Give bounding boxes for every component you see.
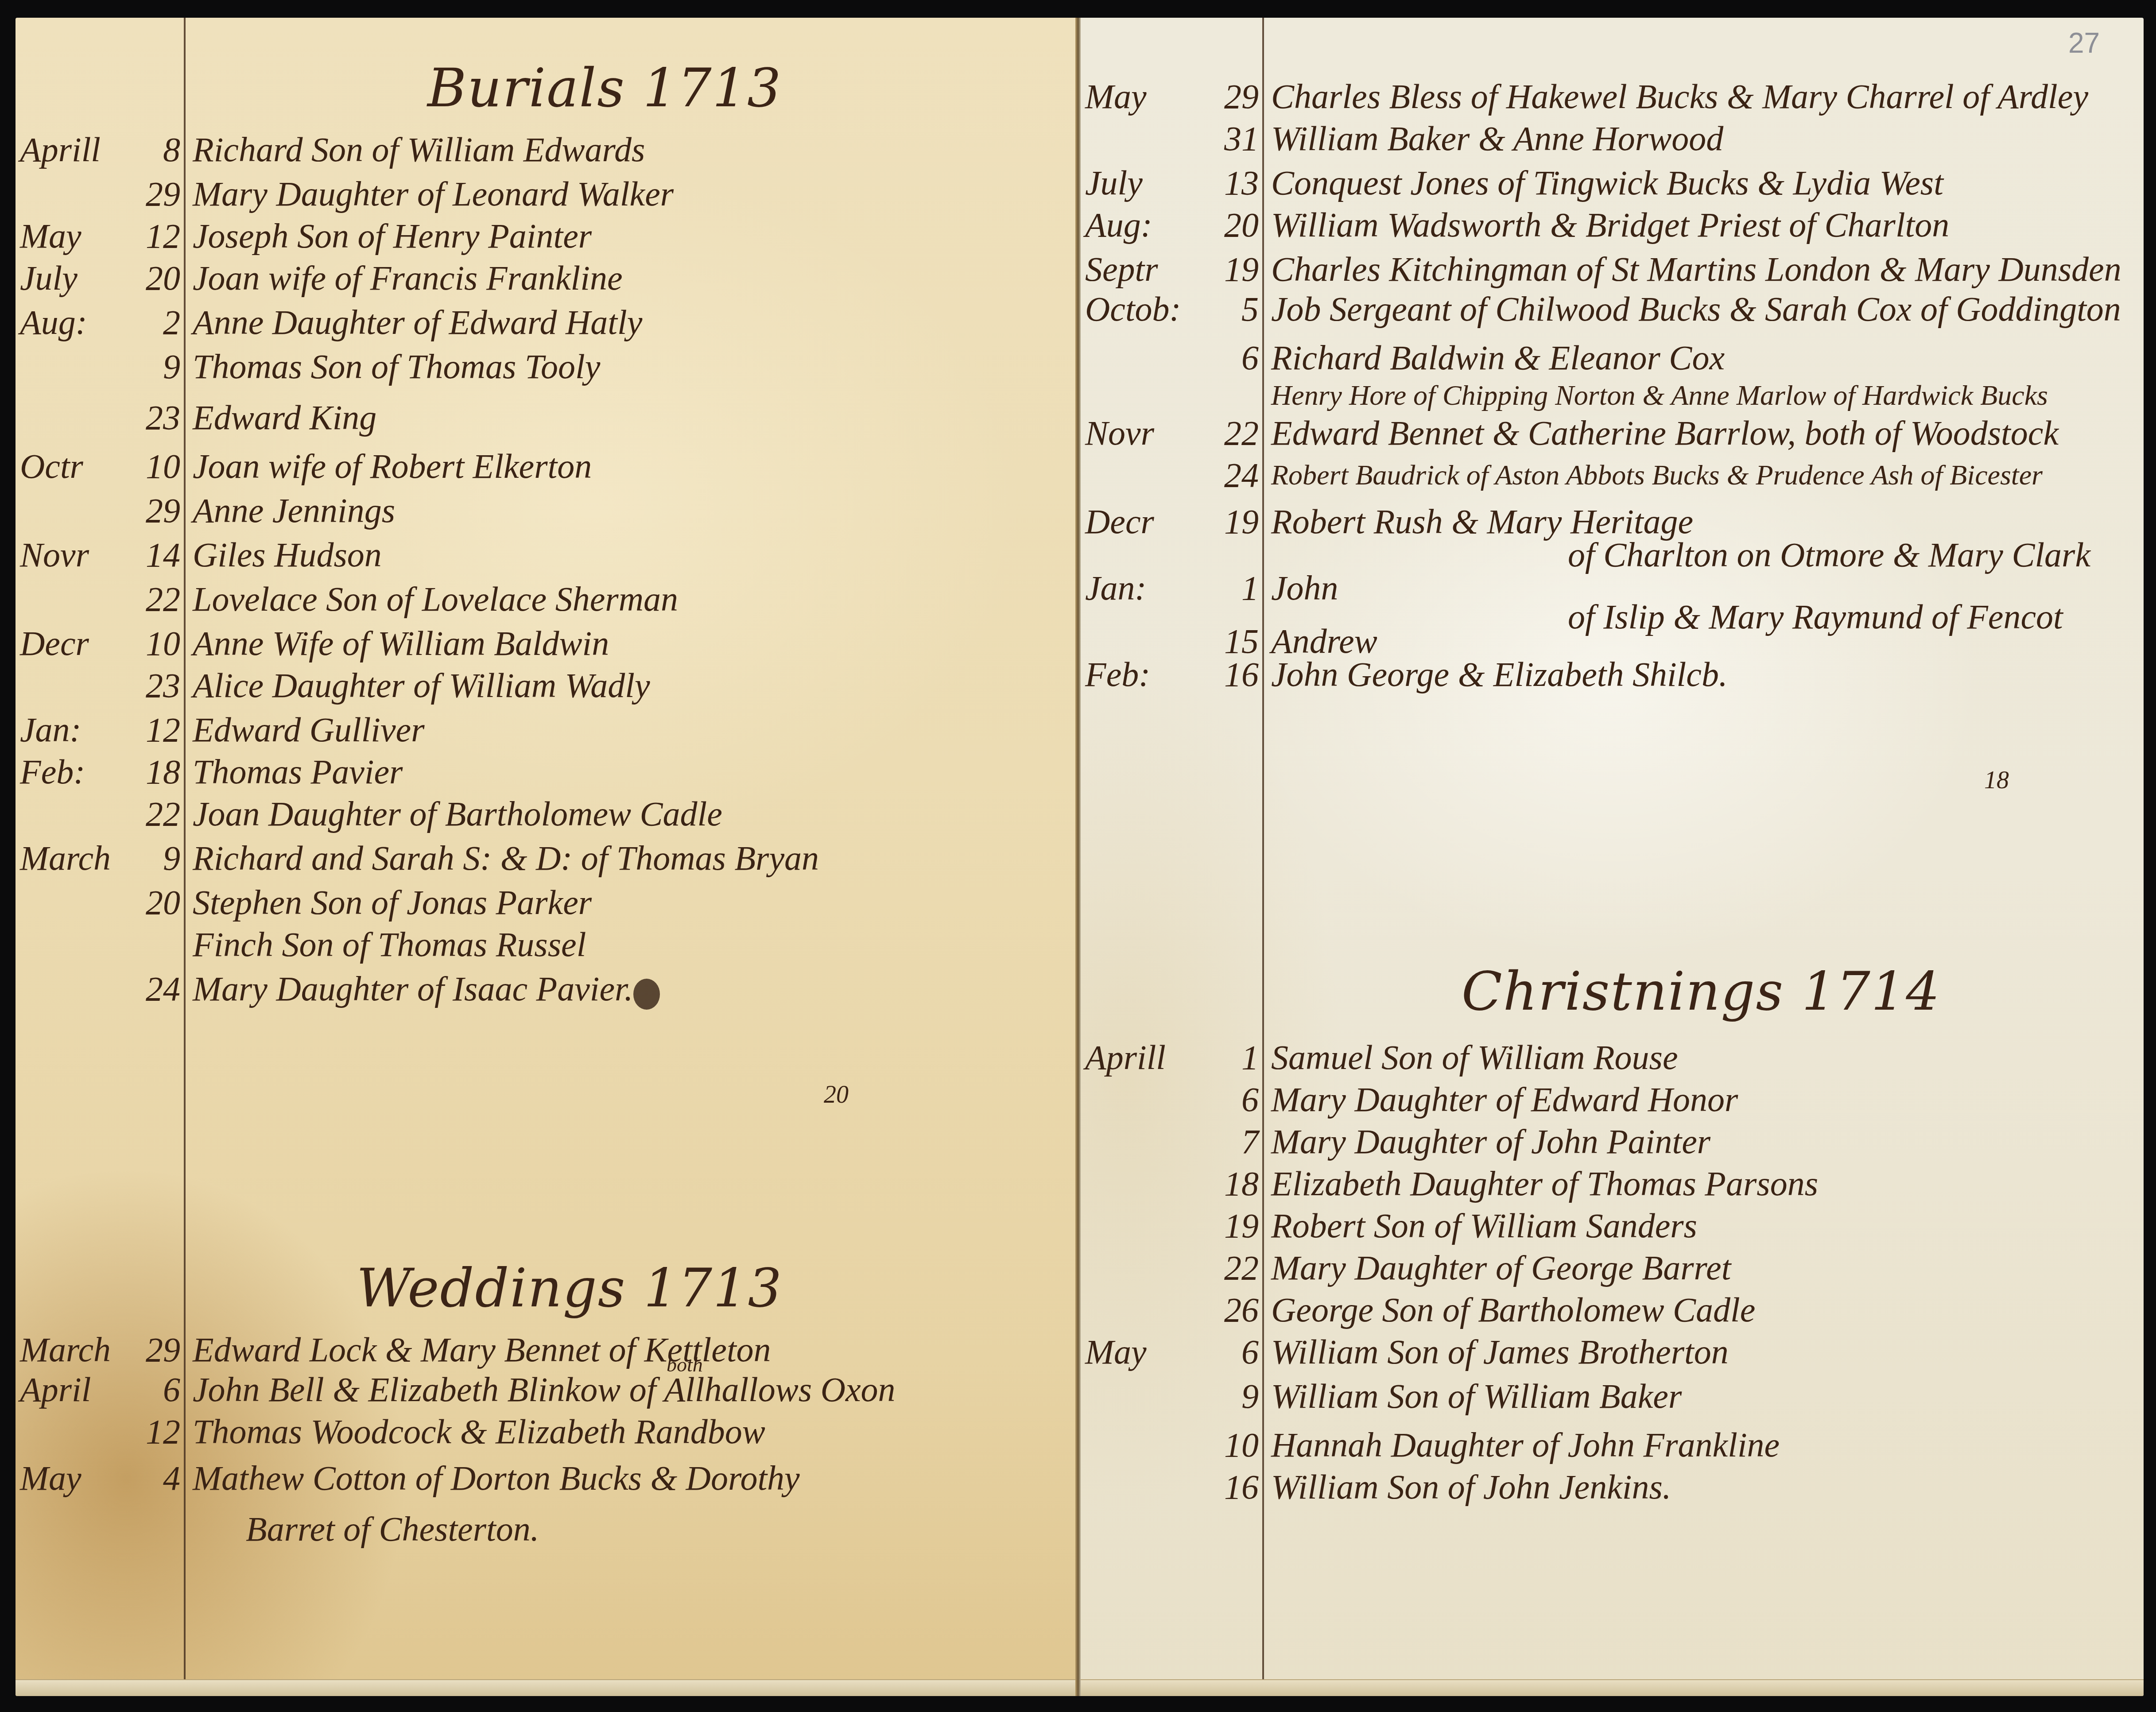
entry-day: 24 [1210,454,1259,496]
entry-day: 29 [132,489,180,532]
entry-day: 23 [132,664,180,707]
burial-entry: 20Stephen Son of Jonas Parker [16,881,1076,924]
entry-day: 22 [1210,412,1259,454]
entry-day: 31 [1210,117,1259,160]
christning-entry: 18Elizabeth Daughter of Thomas Parsons [1081,1162,2144,1205]
entry-day: 19 [1210,248,1259,290]
entry-day: 16 [1210,1466,1259,1508]
entry-text: George Son of Bartholomew Cadle [1271,1289,1755,1331]
entry-text: John Bell & Elizabeth Blinkow of Allhall… [193,1368,896,1411]
wedding-entry: 6Richard Baldwin & Eleanor Cox [1081,337,2144,379]
folio-number: 20 [824,1081,849,1109]
entry-day: 8 [132,128,180,171]
entry-day: 6 [1210,1078,1259,1121]
entry-text: Edward King [193,396,376,439]
wedding-entry: Octob:5Job Sergeant of Chilwood Bucks & … [1081,288,2144,330]
entry-day: 5 [1210,288,1259,330]
entry-text: William Son of John Jenkins. [1271,1466,1671,1508]
burial-entry: 22Joan Daughter of Bartholomew Cadle [16,793,1076,835]
entry-month: Octob: [1085,288,1196,330]
christning-entry: 7Mary Daughter of John Painter [1081,1120,2144,1163]
entry-day: 6 [1210,337,1259,379]
entry-text: Conquest Jones of Tingwick Bucks & Lydia… [1271,162,1943,204]
christnings-heading: Christnings 1714 [1462,961,1941,1023]
entry-day: 23 [132,396,180,439]
entry-month: Octr [20,445,131,488]
entry-day: 22 [132,793,180,835]
entry-day: 29 [132,1329,180,1371]
right-page: 27 May29Charles Bless of Hakewel Bucks &… [1081,18,2144,1696]
christning-entry: Aprill1Samuel Son of William Rouse [1081,1036,2144,1079]
entry-text: Mathew Cotton of Dorton Bucks & Dorothy [193,1457,800,1499]
burial-entry: July20Joan wife of Francis Frankline [16,257,1076,299]
burial-entry: Finch Son of Thomas Russel [16,923,1076,966]
page-edge [1081,1679,2144,1696]
burial-entry: Feb:18Thomas Pavier [16,751,1076,793]
entry-text: Stephen Son of Jonas Parker [193,881,592,924]
burial-entry: 23Alice Daughter of William Wadly [16,664,1076,707]
entry-day: 12 [132,1410,180,1453]
entry-day: 24 [132,968,180,1010]
entry-day: 20 [1210,204,1259,246]
left-page: Burials 1713 Aprill8Richard Son of Willi… [16,18,1076,1696]
entry-day: 6 [1210,1331,1259,1373]
entry-month: Aug: [1085,204,1196,246]
entry-month: May [20,215,131,257]
pencil-folio-number: 27 [2068,27,2100,59]
christning-entry: May6William Son of James Brotherton [1081,1331,2144,1373]
entry-day: 2 [132,301,180,344]
entry-text: Joan wife of Robert Elkerton [193,445,592,488]
entry-day: 19 [1210,1205,1259,1247]
entry-text: Edward Bennet & Catherine Barrlow, both … [1271,412,2059,454]
entry-day: 16 [1210,653,1259,696]
entry-day: 1 [1210,1036,1259,1079]
burial-entry: 22Lovelace Son of Lovelace Sherman [16,578,1076,620]
entry-day: 26 [1210,1289,1259,1331]
entry-text: Mary Daughter of Edward Honor [1271,1078,1738,1121]
burial-entry: Novr14Giles Hudson [16,534,1076,576]
folio-number: 18 [1984,766,2009,794]
wedding-entry: 24Robert Baudrick of Aston Abbots Bucks … [1081,454,2144,496]
entry-text: Barret of Chesterton. [246,1508,539,1550]
burial-entry: March9Richard and Sarah S: & D: of Thoma… [16,837,1076,879]
entry-day: 10 [132,622,180,665]
entry-text: Anne Jennings [193,489,395,532]
christning-entry: 26George Son of Bartholomew Cadle [1081,1289,2144,1331]
entry-text: Anne Wife of William Baldwin [193,622,609,665]
entry-text: Richard Baldwin & Eleanor Cox [1271,337,1725,379]
entry-text: Elizabeth Daughter of Thomas Parsons [1271,1162,1818,1205]
entry-day: 18 [132,751,180,793]
entry-day: 7 [1210,1120,1259,1163]
ink-blot [633,979,660,1010]
entry-month: Feb: [1085,653,1196,696]
burials-heading: Burials 1713 [427,58,782,119]
entry-month: Aug: [20,301,131,344]
entry-text: Robert Son of William Sanders [1271,1205,1697,1247]
entry-text: Samuel Son of William Rouse [1271,1036,1678,1079]
entry-text: Richard Son of William Edwards [193,128,645,171]
burial-entry: Jan:12Edward Gulliver [16,709,1076,751]
entry-day: 12 [132,215,180,257]
entry-day: 14 [132,534,180,576]
entry-text: Joseph Son of Henry Painter [193,215,592,257]
wedding-entry: 12Thomas Woodcock & Elizabeth Randbow [16,1410,1076,1453]
entry-text: John George & Elizabeth Shilcb. [1271,653,1727,696]
entry-text: Alice Daughter of William Wadly [193,664,650,707]
entry-text: William Wadsworth & Bridget Priest of Ch… [1271,204,1949,246]
entry-text: Henry Hore of Chipping Norton & Anne Mar… [1271,374,2048,417]
entry-day: 12 [132,709,180,751]
entry-month: Decr [20,622,131,665]
wedding-entry-continuation: Barret of Chesterton. [16,1508,1076,1550]
entry-month: May [20,1457,131,1499]
entry-text: Giles Hudson [193,534,382,576]
christning-entry: 9William Son of William Baker [1081,1375,2144,1418]
entry-text: William Baker & Anne Horwood [1271,117,1723,160]
entry-month: Novr [1085,412,1196,454]
entry-text: Mary Daughter of Isaac Pavier. [193,968,633,1010]
entry-day: 4 [132,1457,180,1499]
entry-day: 9 [1210,1375,1259,1418]
entry-day: 10 [132,445,180,488]
wedding-entry: 31William Baker & Anne Horwood [1081,117,2144,160]
entry-text: Lovelace Son of Lovelace Sherman [193,578,678,620]
entry-text: Edward Gulliver [193,709,425,751]
entry-month: July [1085,162,1196,204]
entry-month: May [1085,75,1196,118]
entry-day: 22 [132,578,180,620]
entry-month: Jan: [20,709,131,751]
wedding-entry: July13Conquest Jones of Tingwick Bucks &… [1081,162,2144,204]
entry-text: Joan Daughter of Bartholomew Cadle [193,793,722,835]
christning-entry: 22Mary Daughter of George Barret [1081,1247,2144,1289]
entry-day: 29 [1210,75,1259,118]
entry-text: Anne Daughter of Edward Hatly [193,301,642,344]
entry-day: 18 [1210,1162,1259,1205]
wedding-entry: May4Mathew Cotton of Dorton Bucks & Doro… [16,1457,1076,1499]
wedding-entry: Novr22Edward Bennet & Catherine Barrlow,… [1081,412,2144,454]
wedding-entry: March29Edward Lock & Mary Bennet of Kett… [16,1329,1076,1371]
entry-day: 20 [132,881,180,924]
entry-text: William Son of William Baker [1271,1375,1682,1418]
entry-text: Finch Son of Thomas Russel [193,923,586,966]
burial-entry: 29Anne Jennings [16,489,1076,532]
weddings-heading: Weddings 1713 [357,1258,783,1319]
entry-text: Robert Baudrick of Aston Abbots Bucks & … [1271,454,2043,496]
burial-entry: Aug:2Anne Daughter of Edward Hatly [16,301,1076,344]
christning-entry: 19Robert Son of William Sanders [1081,1205,2144,1247]
entry-text: Mary Daughter of Leonard Walker [193,173,674,215]
entry-month: March [20,1329,131,1371]
wedding-entry: April6John Bell & Elizabeth Blinkow of A… [16,1368,1076,1411]
page-edge [16,1679,1076,1696]
entry-text: William Son of James Brotherton [1271,1331,1729,1373]
burial-entry: 23Edward King [16,396,1076,439]
entry-month: March [20,837,131,879]
entry-month: Aprill [20,128,131,171]
entry-day: 9 [132,837,180,879]
entry-text: Richard and Sarah S: & D: of Thomas Brya… [193,837,819,879]
entry-month: Feb: [20,751,131,793]
burial-entry: Decr10Anne Wife of William Baldwin [16,622,1076,665]
entry-month: April [20,1368,131,1411]
entry-text: Job Sergeant of Chilwood Bucks & Sarah C… [1271,288,2121,330]
entry-month: Novr [20,534,131,576]
entry-text: Mary Daughter of George Barret [1271,1247,1731,1289]
entry-day: 13 [1210,162,1259,204]
christning-entry: 10Hannah Daughter of John Frankline [1081,1424,2144,1466]
entry-month: Aprill [1085,1036,1196,1079]
entry-day: 29 [132,173,180,215]
entry-text: Hannah Daughter of John Frankline [1271,1424,1780,1466]
entry-month: May [1085,1331,1196,1373]
burial-entry: Octr10Joan wife of Robert Elkerton [16,445,1076,488]
entry-month: Septr [1085,248,1196,290]
entry-day: 6 [132,1368,180,1411]
burial-entry: 24Mary Daughter of Isaac Pavier. [16,968,1076,1010]
wedding-entry: Henry Hore of Chipping Norton & Anne Mar… [1081,374,2144,417]
christning-entry: 16William Son of John Jenkins. [1081,1466,2144,1508]
burial-entry: 29Mary Daughter of Leonard Walker [16,173,1076,215]
christning-entry: 6Mary Daughter of Edward Honor [1081,1078,2144,1121]
entry-text: Mary Daughter of John Painter [1271,1120,1710,1163]
entry-text: Charles Kitchingman of St Martins London… [1271,248,2121,290]
wedding-entry: May29Charles Bless of Hakewel Bucks & Ma… [1081,75,2144,118]
burial-entry: 9Thomas Son of Thomas Tooly [16,345,1076,388]
entry-day: 22 [1210,1247,1259,1289]
entry-text: Thomas Pavier [193,751,403,793]
entry-text: Charles Bless of Hakewel Bucks & Mary Ch… [1271,75,2088,118]
wedding-entry: Feb:16John George & Elizabeth Shilcb. [1081,653,2144,696]
entry-day: 10 [1210,1424,1259,1466]
burial-entry: Aprill8Richard Son of William Edwards [16,128,1076,171]
wedding-entry: Septr19Charles Kitchingman of St Martins… [1081,248,2144,290]
entry-day: 9 [132,345,180,388]
entry-month: July [20,257,131,299]
burial-entry: May12Joseph Son of Henry Painter [16,215,1076,257]
entry-text: Thomas Woodcock & Elizabeth Randbow [193,1410,765,1453]
entry-day: 20 [132,257,180,299]
entry-text: Thomas Son of Thomas Tooly [193,345,600,388]
entry-text: Joan wife of Francis Frankline [193,257,623,299]
wedding-entry: Aug:20William Wadsworth & Bridget Priest… [1081,204,2144,246]
